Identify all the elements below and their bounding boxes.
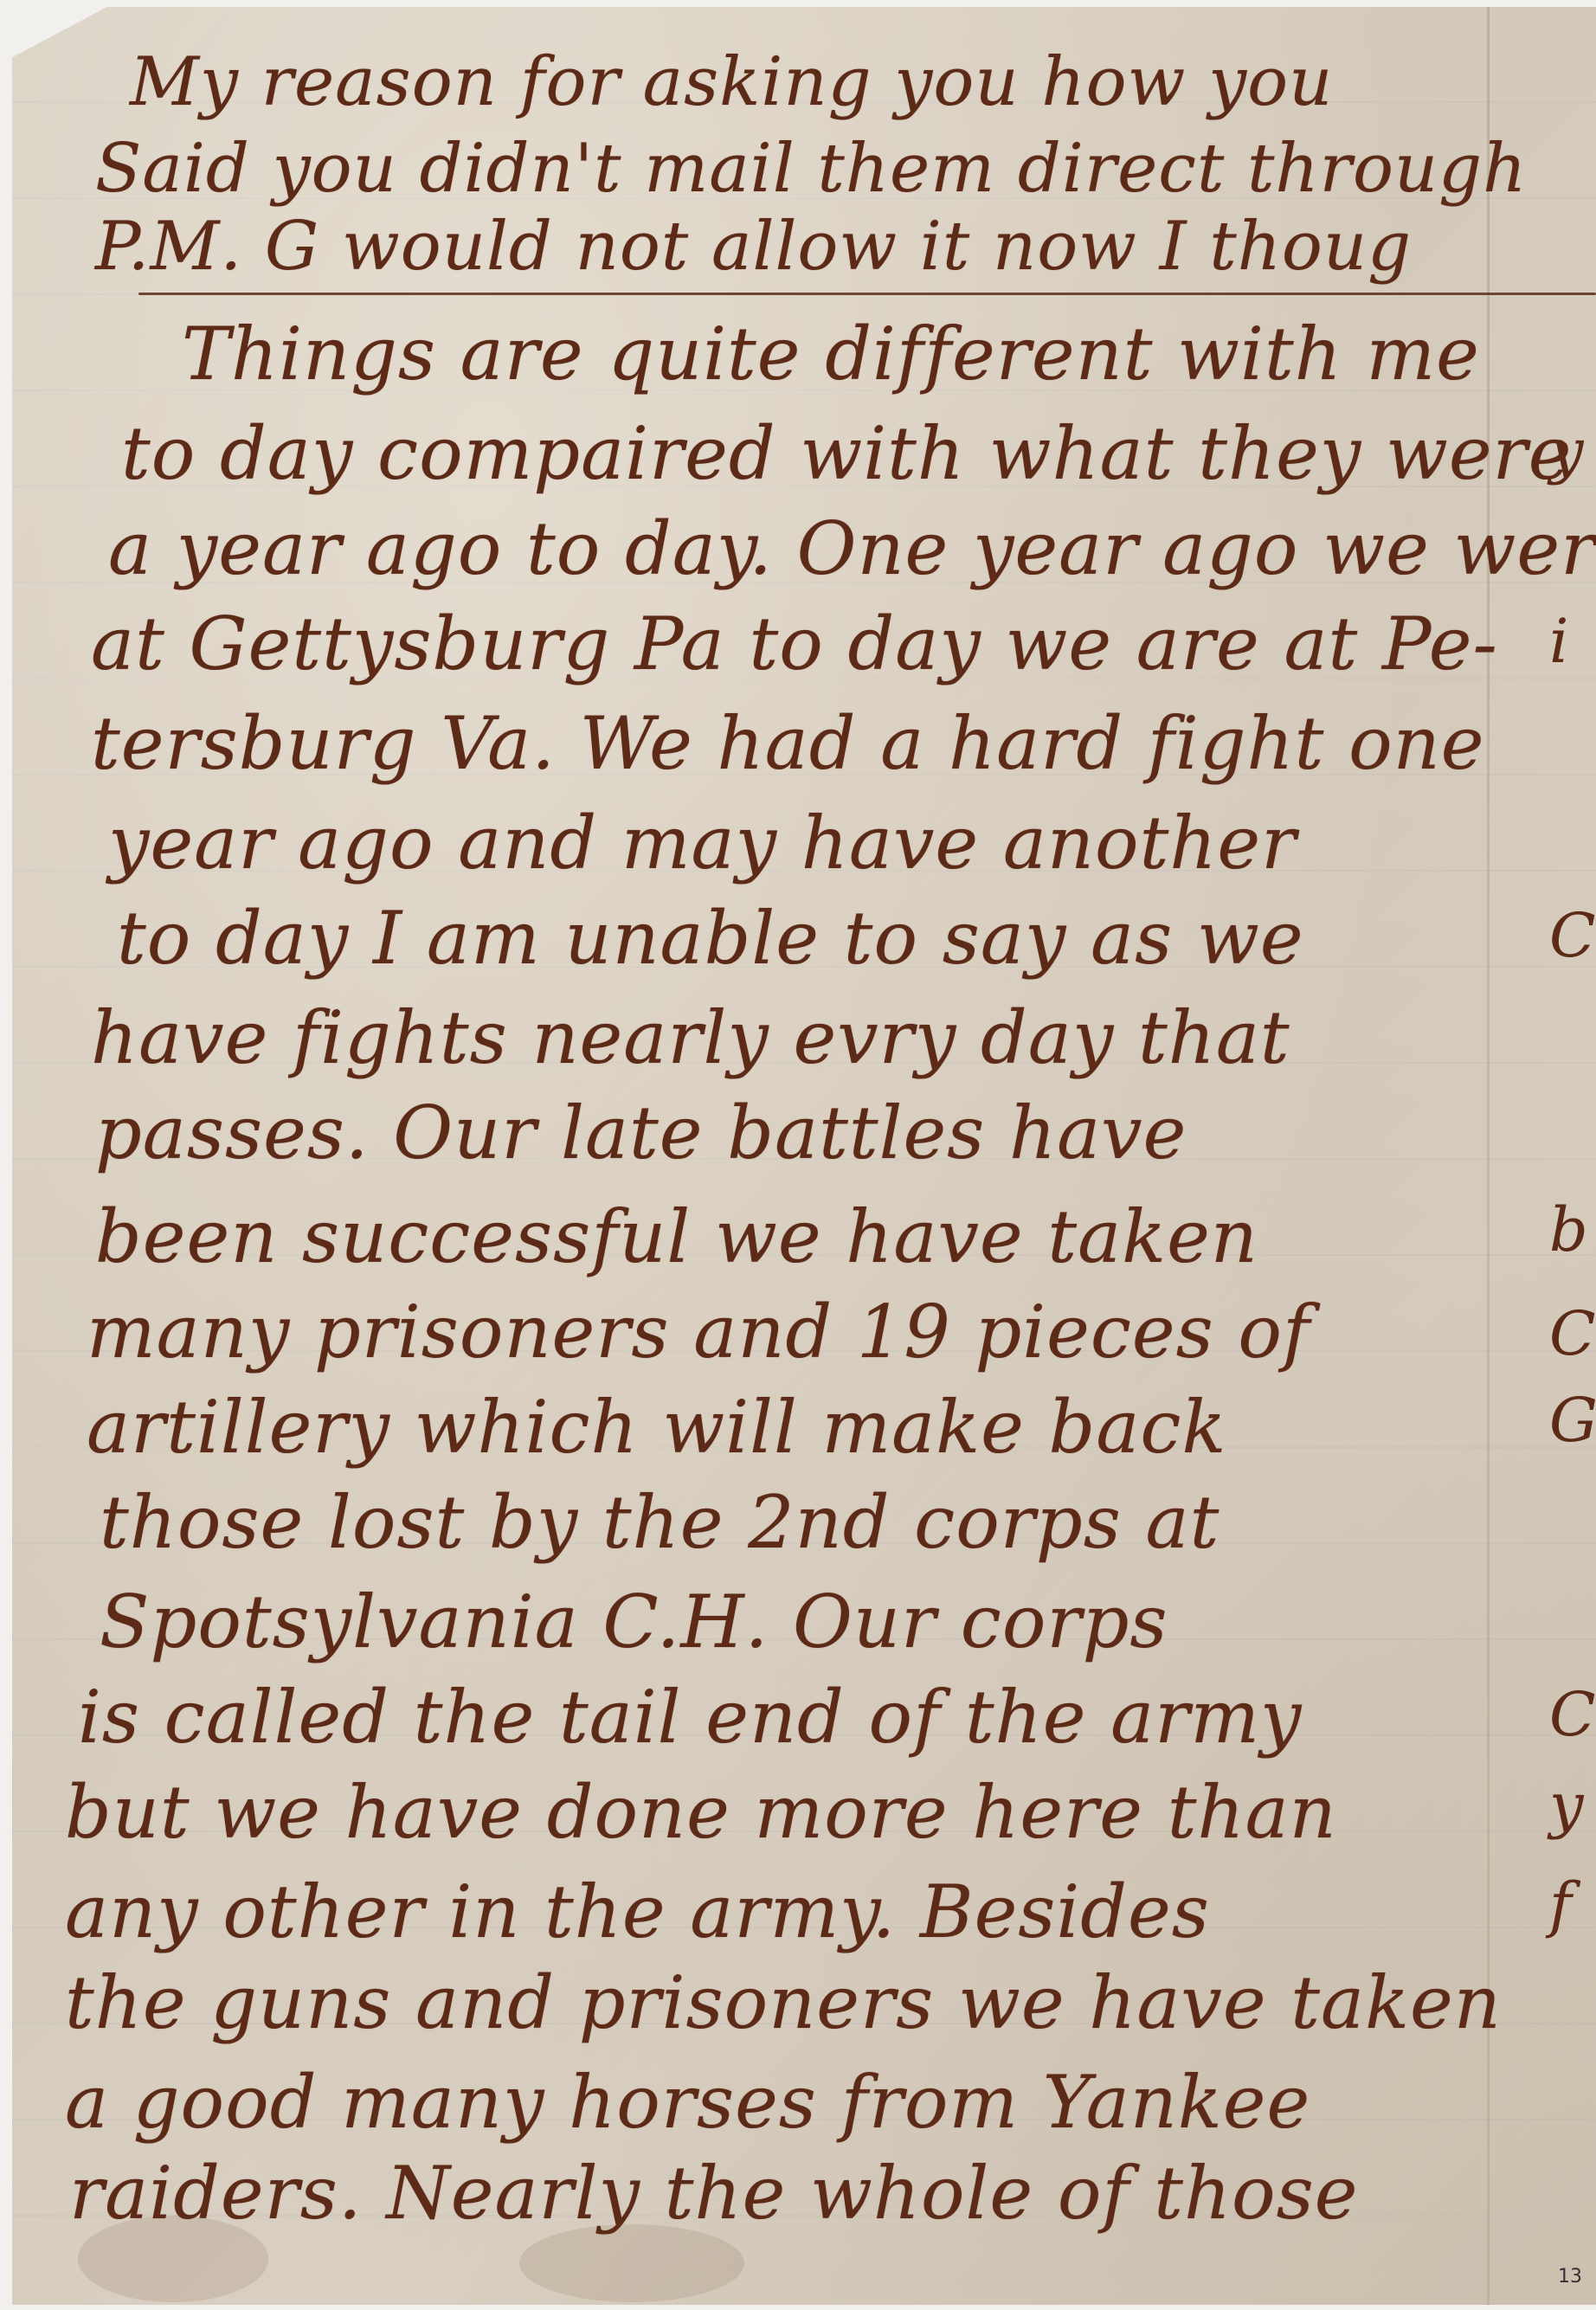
body-line: tersburg Va. We had a hard fight one [91,701,1484,786]
margin-fragment: y [1549,415,1584,486]
body-line: at Gettysburg Pa to day we are at Pe- [91,602,1498,686]
page-number: 13 [1558,2266,1582,2287]
body-line: to day I am unable to say as we [117,896,1304,981]
body-line: the guns and prisoners we have taken [65,1960,1502,2045]
divider-line [138,293,1596,295]
body-line: have fights nearly evry day that [91,995,1290,1080]
body-line: any other in the army. Besides [65,1869,1210,1954]
margin-fragment: y [1549,1770,1584,1841]
margin-fragment: C [1549,1298,1596,1369]
stain [519,2224,744,2302]
body-line: is called the tail end of the army [78,1675,1303,1760]
body-line: been successful we have taken [95,1194,1258,1279]
margin-fragment: G [1549,1385,1596,1456]
body-line: Spotsylvania C.H. Our corps [100,1580,1168,1664]
body-line: a year ago to day. One year ago we were [108,506,1596,591]
body-line: those lost by the 2nd corps at [100,1480,1220,1565]
header-line: Said you didn't mail them direct through [95,130,1527,208]
body-line: a good many horses from Yankee [65,2060,1310,2145]
header-line: P.M. G would not allow it now I thoug [95,208,1412,286]
body-line: year ago and may have another [108,801,1297,885]
body-line: to day compaired with what they were [121,411,1572,496]
body-line: raiders. Nearly the whole of those [69,2151,1358,2236]
margin-fragment: i [1549,606,1568,677]
header-line: My reason for asking you how you [130,43,1333,121]
body-line: passes. Our late battles have [95,1091,1187,1175]
body-line: many prisoners and 19 pieces of [87,1290,1310,1374]
margin-fragment: C [1549,1679,1596,1750]
body-line: Things are quite different with me [182,312,1480,396]
body-line: artillery which will make back [87,1385,1226,1470]
margin-fragment: f [1549,1869,1572,1940]
margin-fragment: C [1549,900,1596,971]
margin-fragment: b [1549,1194,1588,1265]
body-line: but we have done more here than [65,1770,1337,1855]
